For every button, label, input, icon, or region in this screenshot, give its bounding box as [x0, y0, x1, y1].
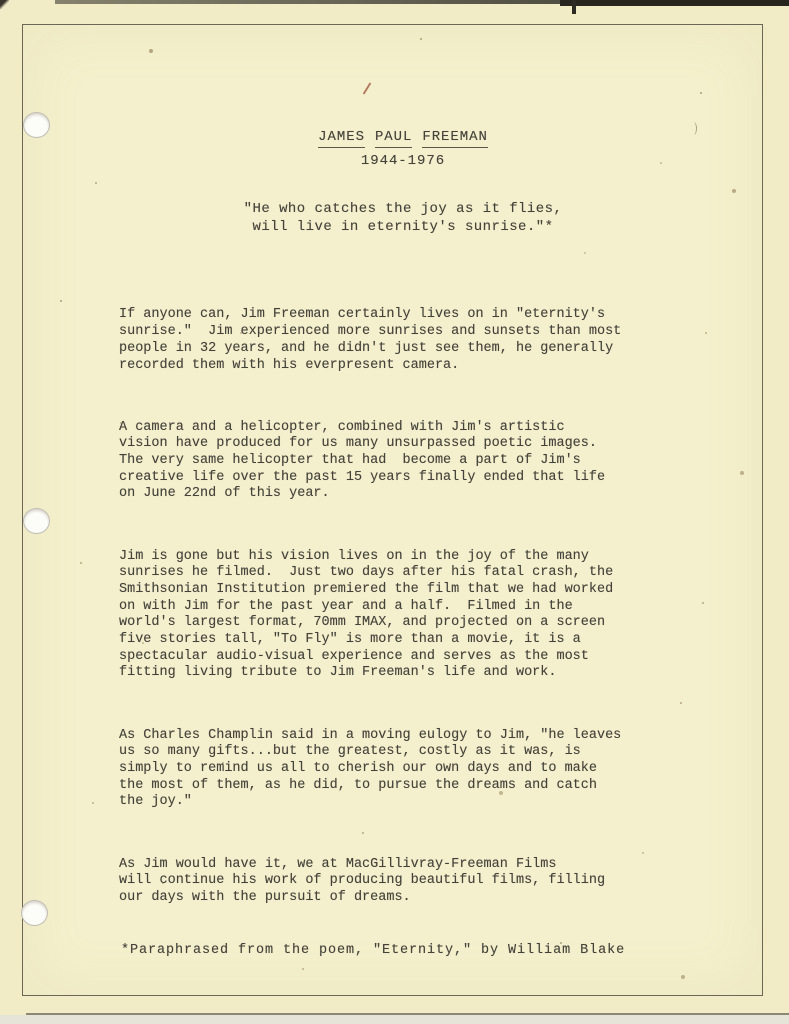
title-word: FREEMAN [422, 129, 487, 148]
title-word: PAUL [375, 129, 412, 148]
scanner-bed-strip [0, 1015, 789, 1024]
footnote-attribution: *Paraphrased from the poem, "Eternity," … [121, 943, 625, 958]
body-text: If anyone can, Jim Freeman certainly liv… [119, 274, 679, 952]
document-header: JAMESPAULFREEMAN 1944-1976 [53, 129, 753, 169]
paragraph-4: As Charles Champlin said in a moving eul… [119, 728, 679, 812]
paragraph-3: Jim is gone but his vision lives on in t… [119, 549, 679, 683]
paragraph-2: A camera and a helicopter, combined with… [119, 420, 679, 504]
punch-hole-bottom [21, 900, 48, 926]
scan-top-edge-dark [560, 0, 789, 6]
scan-top-notch [572, 0, 576, 14]
title-word: JAMES [318, 129, 365, 148]
punch-hole-top [23, 112, 50, 138]
scan-corner-mark [0, 0, 9, 9]
life-years: 1944-1976 [53, 153, 753, 169]
punch-hole-middle [23, 508, 50, 534]
paragraph-5: As Jim would have it, we at MacGillivray… [119, 857, 679, 907]
scanned-memorial-page: { "colors": { "paper": "#f4f0cd", "outer… [0, 0, 789, 1024]
typed-sheet: JAMESPAULFREEMAN 1944-1976 "He who catch… [22, 24, 763, 996]
stray-paren-mark [690, 122, 697, 135]
page-title: JAMESPAULFREEMAN [53, 129, 753, 145]
paragraph-1: If anyone can, Jim Freeman certainly liv… [119, 307, 679, 374]
epigraph-quote: "He who catches the joy as it flies, wil… [53, 201, 753, 236]
